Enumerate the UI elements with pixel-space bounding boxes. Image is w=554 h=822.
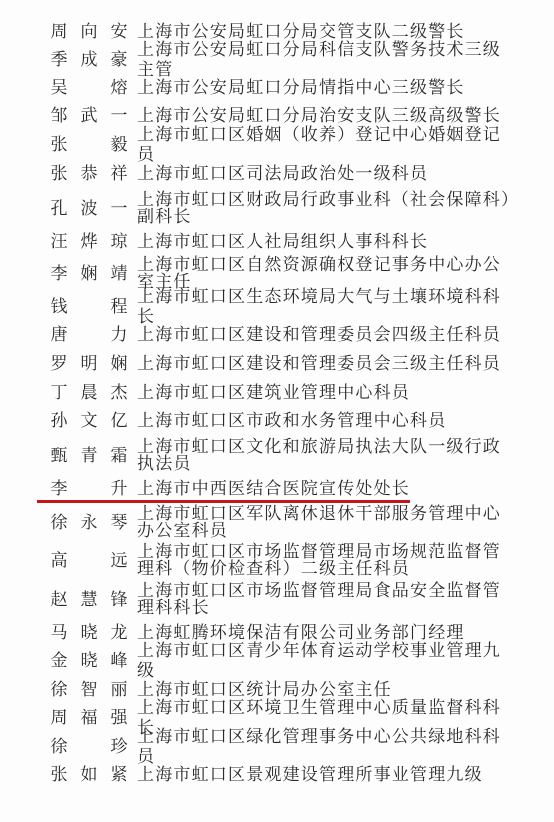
name-char: 金 [50, 651, 68, 671]
name-char: 娴 [80, 264, 98, 284]
name-char: 周 [50, 22, 68, 42]
name-char: 强 [110, 708, 128, 728]
person-name: 钱程 [50, 297, 128, 317]
person-name: 季成豪 [50, 50, 128, 70]
name-char: 唐 [50, 325, 68, 345]
name-char [80, 551, 98, 571]
name-char [80, 135, 98, 155]
name-char: 青 [80, 446, 98, 466]
name-char: 珍 [110, 737, 128, 757]
name-char: 杰 [110, 383, 128, 403]
name-char: 晨 [80, 383, 98, 403]
name-char: 甄 [50, 446, 68, 466]
name-char: 远 [110, 551, 128, 571]
person-name: 李升 [50, 479, 128, 499]
name-char: 豪 [110, 50, 128, 70]
person-name: 徐珍 [50, 737, 128, 757]
name-char: 一 [110, 106, 128, 126]
person-name: 罗明娴 [50, 354, 128, 374]
person-name: 周向安 [50, 22, 128, 42]
person-name: 徐永琴 [50, 513, 128, 533]
name-char: 张 [50, 135, 68, 155]
position-title: 上海市虹口区文化和旅游局执法大队一级行政执法员 [137, 439, 517, 473]
name-char: 徐 [50, 680, 68, 700]
position-title: 上海市虹口区绿化管理事务中心公共绿地科科员 [137, 727, 517, 767]
name-char: 吴 [50, 78, 68, 98]
name-char: 升 [110, 479, 128, 499]
name-char: 高 [50, 551, 68, 571]
position-title: 上海虹腾环境保洁有限公司业务部门经理 [137, 623, 517, 643]
name-char: 孔 [50, 199, 68, 219]
name-char: 烨 [80, 232, 98, 252]
name-char: 钱 [50, 297, 68, 317]
person-name: 高远 [50, 551, 128, 571]
name-char: 琼 [110, 232, 128, 252]
person-name: 马晓龙 [50, 623, 128, 643]
person-name: 孔波一 [50, 199, 128, 219]
person-name: 甄青霜 [50, 446, 128, 466]
position-title: 上海市虹口区建设和管理委员会四级主任科员 [137, 325, 517, 345]
name-char [80, 479, 98, 499]
name-char: 波 [80, 199, 98, 219]
name-char: 霜 [110, 446, 128, 466]
person-name: 金晓峰 [50, 651, 128, 671]
name-char: 福 [80, 708, 98, 728]
name-char: 汪 [50, 232, 68, 252]
name-char: 智 [80, 680, 98, 700]
person-name: 张毅 [50, 135, 128, 155]
position-title: 上海市公安局虹口分局交管支队二级警长 [137, 22, 517, 42]
name-char: 成 [80, 50, 98, 70]
name-char: 孙 [50, 411, 68, 431]
position-title: 上海市虹口区统计局办公室主任 [137, 680, 517, 700]
name-char: 马 [50, 623, 68, 643]
name-char: 亿 [110, 411, 128, 431]
position-title: 上海市虹口区建筑业管理中心科员 [137, 383, 517, 403]
position-title: 上海市虹口区市政和水务管理中心科员 [137, 411, 517, 431]
name-char: 慧 [80, 590, 98, 610]
name-char: 恭 [80, 164, 98, 184]
name-char: 一 [110, 199, 128, 219]
person-name: 唐力 [50, 325, 128, 345]
name-char: 力 [110, 325, 128, 345]
position-title: 上海市公安局虹口分局治安支队三级高级警长 [137, 106, 517, 126]
name-char: 文 [80, 411, 98, 431]
person-name: 丁晨杰 [50, 383, 128, 403]
name-char [80, 297, 98, 317]
person-name: 孙文亿 [50, 411, 128, 431]
position-title: 上海市虹口区人社局组织人事科科长 [137, 232, 517, 252]
name-char: 丁 [50, 383, 68, 403]
position-title: 上海市虹口区财政局行政事业科（社会保障科）副科长 [137, 192, 517, 226]
name-char [80, 325, 98, 345]
position-title: 上海市公安局虹口分局科信支队警务技术三级主管 [137, 40, 517, 80]
name-char: 徐 [50, 513, 68, 533]
name-char: 安 [110, 22, 128, 42]
person-name: 周福强 [50, 708, 128, 728]
person-name: 邹武一 [50, 106, 128, 126]
position-title: 上海市虹口区市场监督管理局市场规范监督管理科（物价检查科）二级主任科员 [137, 544, 517, 578]
name-char: 晓 [80, 623, 98, 643]
position-title: 上海市虹口区自然资源确权登记事务中心办公室主任 [137, 257, 517, 291]
person-name: 徐智丽 [50, 680, 128, 700]
person-name: 张如紧 [50, 765, 128, 785]
name-char: 赵 [50, 590, 68, 610]
person-name: 李娴靖 [50, 264, 128, 284]
name-char: 周 [50, 708, 68, 728]
position-title: 上海市虹口区市场监督管理局食品安全监督管理科科长 [137, 583, 517, 617]
position-title: 上海市虹口区建设和管理委员会三级主任科员 [137, 354, 517, 374]
name-char: 祥 [110, 164, 128, 184]
name-char: 紧 [110, 765, 128, 785]
name-char: 程 [110, 297, 128, 317]
person-name: 汪烨琼 [50, 232, 128, 252]
position-title: 上海市中西医结合医院宣传处处长 [137, 479, 517, 499]
position-title: 上海市虹口区生态环境局大气与土壤环境科科长 [137, 287, 517, 327]
name-char: 徐 [50, 737, 68, 757]
name-char: 熔 [110, 78, 128, 98]
name-char: 毅 [110, 135, 128, 155]
position-title: 上海市虹口区婚姻（收养）登记中心婚姻登记员 [137, 125, 517, 165]
highlight-underline [37, 500, 410, 503]
person-name: 吴熔 [50, 78, 128, 98]
name-char: 琴 [110, 513, 128, 533]
name-char: 永 [80, 513, 98, 533]
position-title: 上海市虹口区青少年体育运动学校事业管理九级 [137, 641, 517, 681]
name-char: 向 [80, 22, 98, 42]
name-char: 晓 [80, 651, 98, 671]
name-char: 李 [50, 264, 68, 284]
name-char: 武 [80, 106, 98, 126]
position-title: 上海市公安局虹口分局情指中心三级警长 [137, 78, 517, 98]
person-name: 赵慧锋 [50, 590, 128, 610]
person-name: 张恭祥 [50, 164, 128, 184]
position-title: 上海市虹口区司法局政治处一级科员 [137, 164, 517, 184]
name-char: 邹 [50, 106, 68, 126]
name-char: 靖 [110, 264, 128, 284]
name-char: 明 [80, 354, 98, 374]
name-char: 丽 [110, 680, 128, 700]
name-char [80, 78, 98, 98]
name-char: 娴 [110, 354, 128, 374]
name-char: 峰 [110, 651, 128, 671]
position-title: 上海市虹口区军队离休退休干部服务管理中心办公室科员 [137, 506, 517, 540]
name-char [80, 737, 98, 757]
name-char: 龙 [110, 623, 128, 643]
name-char: 张 [50, 164, 68, 184]
name-char: 罗 [50, 354, 68, 374]
name-char: 锋 [110, 590, 128, 610]
name-char: 张 [50, 765, 68, 785]
name-char: 如 [80, 765, 98, 785]
position-title: 上海市虹口区景观建设管理所事业管理九级 [137, 765, 517, 785]
name-char: 李 [50, 479, 68, 499]
name-char: 季 [50, 50, 68, 70]
